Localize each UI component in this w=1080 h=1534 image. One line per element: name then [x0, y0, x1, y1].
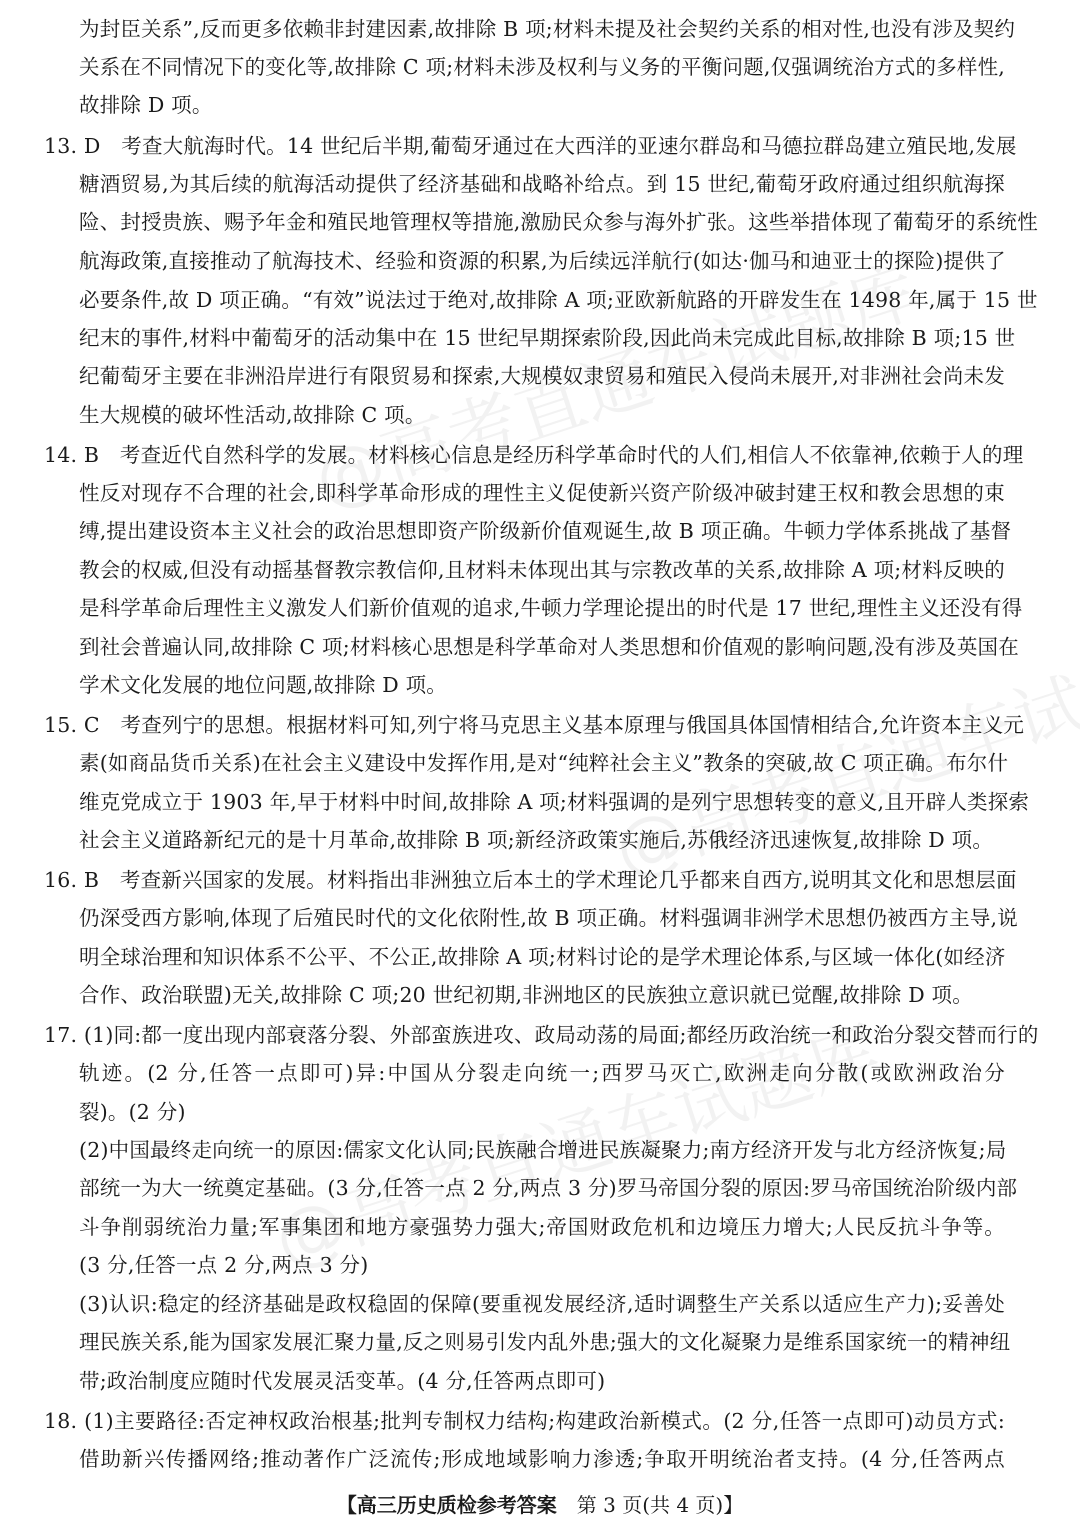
text-line: 轨迹。(2 分,任答一点即可)异:中国从分裂走向统一;西罗马灭亡,欧洲走向分散(…	[79, 1059, 1005, 1087]
text-line: 性反对现存不合理的社会,即科学革命形成的理性主义促使新兴资产阶级冲破封建王权和教…	[79, 479, 1005, 507]
text-line: 纪葡萄牙主要在非洲沿岸进行有限贸易和探索,大规模奴隶贸易和殖民入侵尚未展开,对非…	[79, 362, 1005, 390]
text-line: 维克党成立于 1903 年,早于材料中时间,故排除 A 项;材料强调的是列宁思想…	[79, 788, 1005, 816]
text-line: 仍深受西方影响,体现了后殖民时代的文化依附性,故 B 项正确。材料强调非洲学术思…	[79, 904, 1005, 932]
text-line: 14. B 考查近代自然科学的发展。材料核心信息是经历科学革命时代的人们,相信人…	[44, 441, 1005, 469]
text-line: 带;政治制度应随时代发展灵活变革。(4 分,任答两点即可)	[79, 1367, 1005, 1395]
text-line: 斗争削弱统治力量;军事集团和地方豪强势力强大;帝国财政危机和边境压力增大;人民反…	[79, 1213, 1005, 1241]
text-line: 糖酒贸易,为其后续的航海活动提供了经济基础和战略补给点。到 15 世纪,葡萄牙政…	[79, 170, 1005, 198]
text-line: 部统一为大一统奠定基础。(3 分,任答一点 2 分,两点 3 分)罗马帝国分裂的…	[79, 1174, 1005, 1202]
text-line: 理民族关系,能为国家发展汇聚力量,反之则易引发内乱外患;强大的文化凝聚力是维系国…	[79, 1328, 1005, 1356]
text-line: (3)认识:稳定的经济基础是政权稳固的保障(要重视发展经济,适时调整生产关系以适…	[79, 1290, 1005, 1318]
text-line: 教会的权威,但没有动摇基督教宗教信仰,且材料未体现出其与宗教改革的关系,故排除 …	[79, 556, 1005, 584]
text-line: 为封臣关系”,反而更多依赖非封建因素,故排除 B 项;材料未提及社会契约关系的相…	[79, 15, 1005, 43]
text-line: 裂)。(2 分)	[79, 1098, 1005, 1126]
text-line: 合作、政治联盟)无关,故排除 C 项;20 世纪初期,非洲地区的民族独立意识就已…	[79, 981, 1005, 1009]
text-line: 借助新兴传播网络;推动著作广泛流传;形成地域影响力渗透;争取开明统治者支持。(4…	[79, 1445, 1005, 1473]
text-line: 关系在不同情况下的变化等,故排除 C 项;材料未涉及权利与义务的平衡问题,仅强调…	[79, 53, 1005, 81]
text-line: 生大规模的破坏性活动,故排除 C 项。	[79, 401, 1005, 429]
footer-title: 【高三历史质检参考答案	[337, 1493, 557, 1517]
text-line: 学术文化发展的地位问题,故排除 D 项。	[79, 671, 1005, 699]
page-footer: 【高三历史质检参考答案 第 3 页(共 4 页)】	[0, 1491, 1080, 1519]
text-line: (3 分,任答一点 2 分,两点 3 分)	[79, 1251, 1005, 1279]
text-line: 13. D 考查大航海时代。14 世纪后半期,葡萄牙通过在大西洋的亚速尔群岛和马…	[44, 132, 1005, 160]
text-line: 16. B 考查新兴国家的发展。材料指出非洲独立后本土的学术理论几乎都来自西方,…	[44, 866, 1005, 894]
text-line: 到社会普遍认同,故排除 C 项;材料核心思想是科学革命对人类思想和价值观的影响问…	[79, 633, 1005, 661]
document-page: @高考直通车试题库@高考直通车试题库@高考直通车试题库 为封臣关系”,反而更多依…	[0, 0, 1080, 1534]
text-line: 社会主义道路新纪元的是十月革命,故排除 B 项;新经济政策实施后,苏俄经济迅速恢…	[79, 826, 1005, 854]
text-line: 故排除 D 项。	[79, 91, 1005, 119]
text-line: 缚,提出建设资本主义社会的政治思想即资产阶级新价值观诞生,故 B 项正确。牛顿力…	[79, 517, 1005, 545]
text-line: 17. (1)同:都一度出现内部衰落分裂、外部蛮族进攻、政局动荡的局面;都经历政…	[44, 1021, 1005, 1049]
text-line: 是科学革命后理性主义激发人们新价值观的追求,牛顿力学理论提出的时代是 17 世纪…	[79, 594, 1005, 622]
text-line: 15. C 考查列宁的思想。根据材料可知,列宁将马克思主义基本原理与俄国具体国情…	[44, 711, 1005, 739]
text-line: 18. (1)主要路径:否定神权政治根基;批判专制权力结构;构建政治新模式。(2…	[44, 1407, 1005, 1435]
text-line: 必要条件,故 D 项正确。“有效”说法过于绝对,故排除 A 项;亚欧新航路的开辟…	[79, 286, 1005, 314]
text-line: 航海政策,直接推动了航海技术、经验和资源的积累,为后续远洋航行(如达·伽马和迪亚…	[79, 247, 1005, 275]
text-line: 素(如商品货币关系)在社会主义建设中发挥作用,是对“纯粹社会主义”教条的突破,故…	[79, 749, 1005, 777]
text-line: 纪末的事件,材料中葡萄牙的活动集中在 15 世纪早期探索阶段,因此尚未完成此目标…	[79, 324, 1005, 352]
text-line: (2)中国最终走向统一的原因:儒家文化认同;民族融合增进民族凝聚力;南方经济开发…	[79, 1136, 1005, 1164]
footer-page-number: 第 3 页(共 4 页)】	[577, 1493, 743, 1517]
text-line: 明全球治理和知识体系不公平、不公正,故排除 A 项;材料讨论的是学术理论体系,与…	[79, 943, 1005, 971]
text-line: 险、封授贵族、赐予年金和殖民地管理权等措施,激励民众参与海外扩张。这些举措体现了…	[79, 208, 1005, 236]
